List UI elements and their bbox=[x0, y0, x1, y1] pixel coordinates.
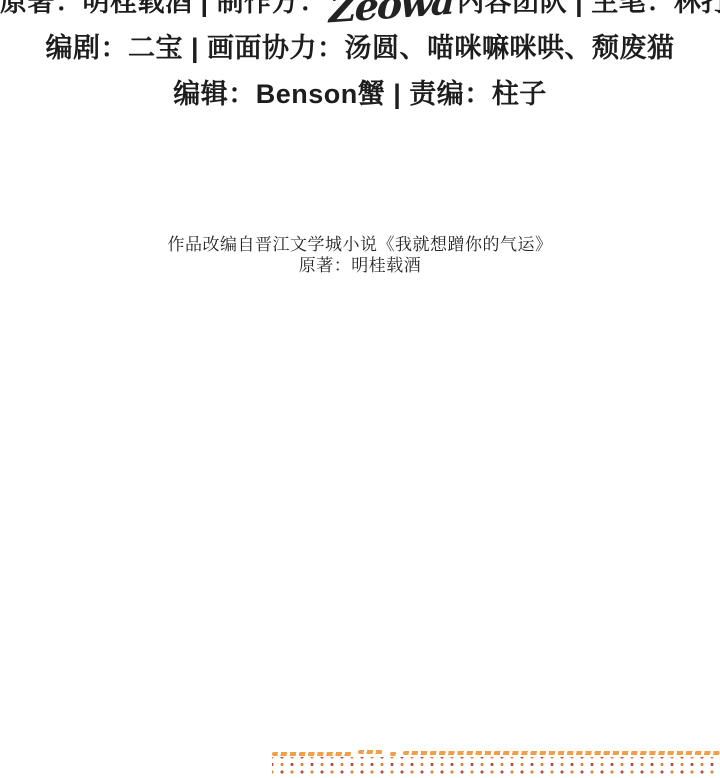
adaptation-note-author: 原著：明桂载酒 bbox=[0, 255, 720, 276]
halftone-decoration bbox=[270, 748, 720, 778]
credit-line-writers: 编剧：二宝 | 画面协力：汤圆、喵咪嘛咪哄、颓废猫 bbox=[0, 25, 720, 71]
dash-line-segment-3 bbox=[390, 752, 397, 756]
credit-line-authors-prefix: 原著：明桂载酒 | 制作方： bbox=[0, 0, 327, 17]
credit-line-authors: 原著：明桂载酒 | 制作方：Zeowa内容团队 | 主笔：林打歪 bbox=[0, 0, 720, 25]
credit-line-editors: 编辑：Benson蟹 | 责编：柱子 bbox=[0, 71, 720, 117]
credits-block: 原著：明桂载酒 | 制作方：Zeowa内容团队 | 主笔：林打歪 编剧：二宝 |… bbox=[0, 0, 720, 117]
dash-line-segment-2 bbox=[358, 750, 384, 754]
dash-line-segment-1 bbox=[272, 752, 352, 756]
halftone-dots bbox=[272, 757, 720, 778]
adaptation-note-source: 作品改编自晋江文学城小说《我就想蹭你的气运》 bbox=[0, 234, 720, 255]
dash-line-segment-4 bbox=[403, 751, 720, 755]
comic-credits-page: 原著：明桂载酒 | 制作方：Zeowa内容团队 | 主笔：林打歪 编剧：二宝 |… bbox=[0, 0, 720, 778]
credit-line-authors-suffix: 内容团队 | 主笔：林打歪 bbox=[457, 0, 720, 17]
adaptation-note: 作品改编自晋江文学城小说《我就想蹭你的气运》 原著：明桂载酒 bbox=[0, 234, 720, 276]
